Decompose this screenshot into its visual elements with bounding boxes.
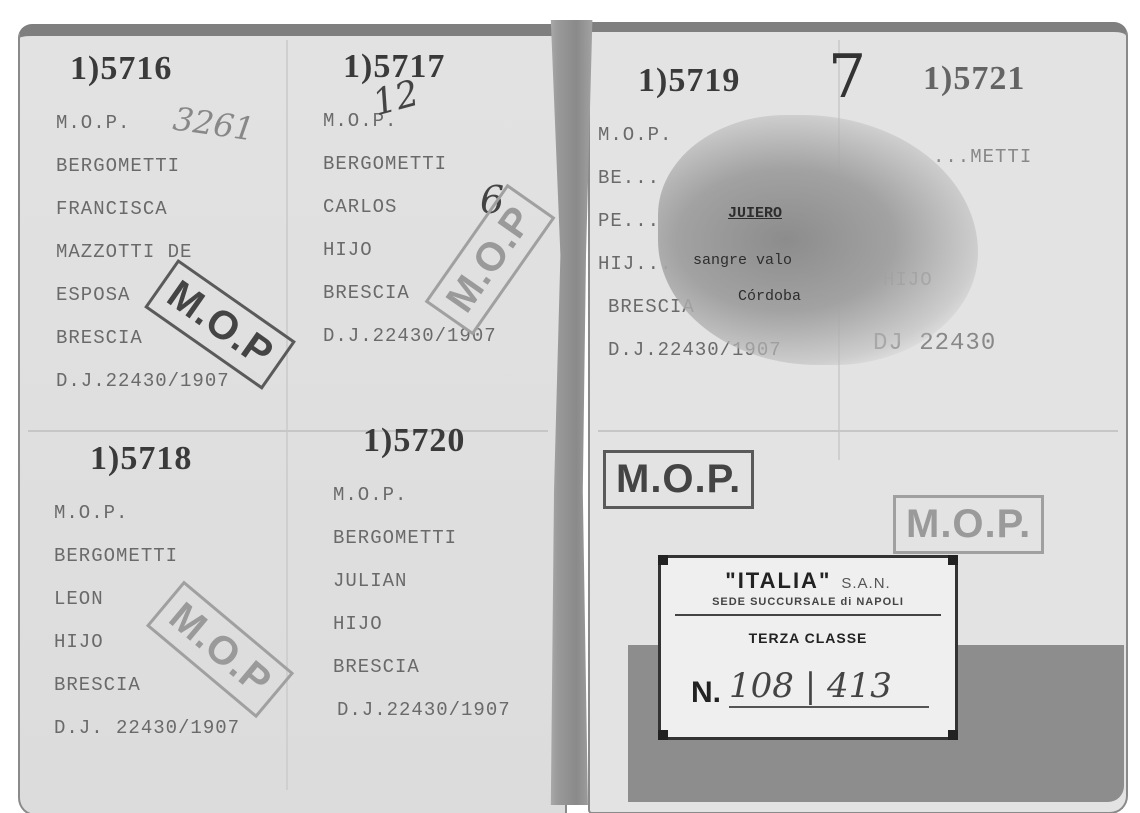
card-line: D.J.22430/1907 [337, 689, 511, 732]
mop-stamp: M.O.P. [603, 450, 754, 509]
card-number: 1)5719 [638, 62, 782, 100]
stain-stamp-text: JUIERO [728, 205, 782, 222]
card-line: BRESCIA [333, 646, 511, 689]
card-number: 1)5717 [343, 48, 497, 86]
card-line: BERGOMETTI [323, 143, 497, 186]
registration-card: 1)5720 M.O.P. BERGOMETTI JULIAN HIJO BRE… [363, 422, 511, 732]
stain-stamp-text: sangre valo [693, 252, 792, 269]
registration-card: 1)5718 M.O.P. BERGOMETTI LEON HIJO BRESC… [90, 440, 240, 750]
shipping-company: "ITALIA"S.A.N. [661, 568, 955, 594]
card-line: CARLOS [323, 186, 497, 229]
branch-office: SEDE SUCCURSALE di NAPOLI [661, 596, 955, 608]
card-line: BERGOMETTI [56, 145, 230, 188]
card-number: 1)5718 [90, 440, 240, 478]
card-divider [598, 430, 1118, 432]
ship-ticket-label: "ITALIA"S.A.N. SEDE SUCCURSALE di NAPOLI… [658, 555, 958, 740]
card-line: D.J.22430/1907 [56, 360, 230, 403]
card-line: ...METTI [933, 136, 1032, 179]
card-line: FRANCISCA [56, 188, 230, 231]
card-line: JULIAN [333, 560, 511, 603]
mop-stamp: M.O.P. [893, 495, 1044, 554]
card-line: D.J. 22430/1907 [54, 707, 240, 750]
ticket-number-label: N. [691, 676, 721, 710]
divider [675, 614, 941, 616]
card-number: 1)5716 [70, 50, 230, 88]
passport-document: 1)5716 M.O.P. BERGOMETTI FRANCISCA MAZZO… [18, 20, 1128, 805]
ticket-class: TERZA CLASSE [661, 630, 955, 646]
card-line: BERGOMETTI [333, 517, 511, 560]
card-number: 1)5720 [363, 422, 511, 460]
card-line: BERGOMETTI [54, 535, 240, 578]
company-suffix: S.A.N. [841, 575, 890, 592]
card-number: 1)5721 [923, 60, 1032, 98]
stain-stamp-text: Córdoba [738, 288, 801, 305]
card-line: M.O.P. [333, 474, 511, 517]
card-line: MAZZOTTI DE [56, 231, 230, 274]
handwritten-number: 7 [828, 42, 866, 112]
ticket-number-value: 108 | 413 [729, 666, 929, 708]
company-name: "ITALIA" [725, 568, 831, 593]
card-line: M.O.P. [54, 492, 240, 535]
card-line: HIJO [333, 603, 511, 646]
